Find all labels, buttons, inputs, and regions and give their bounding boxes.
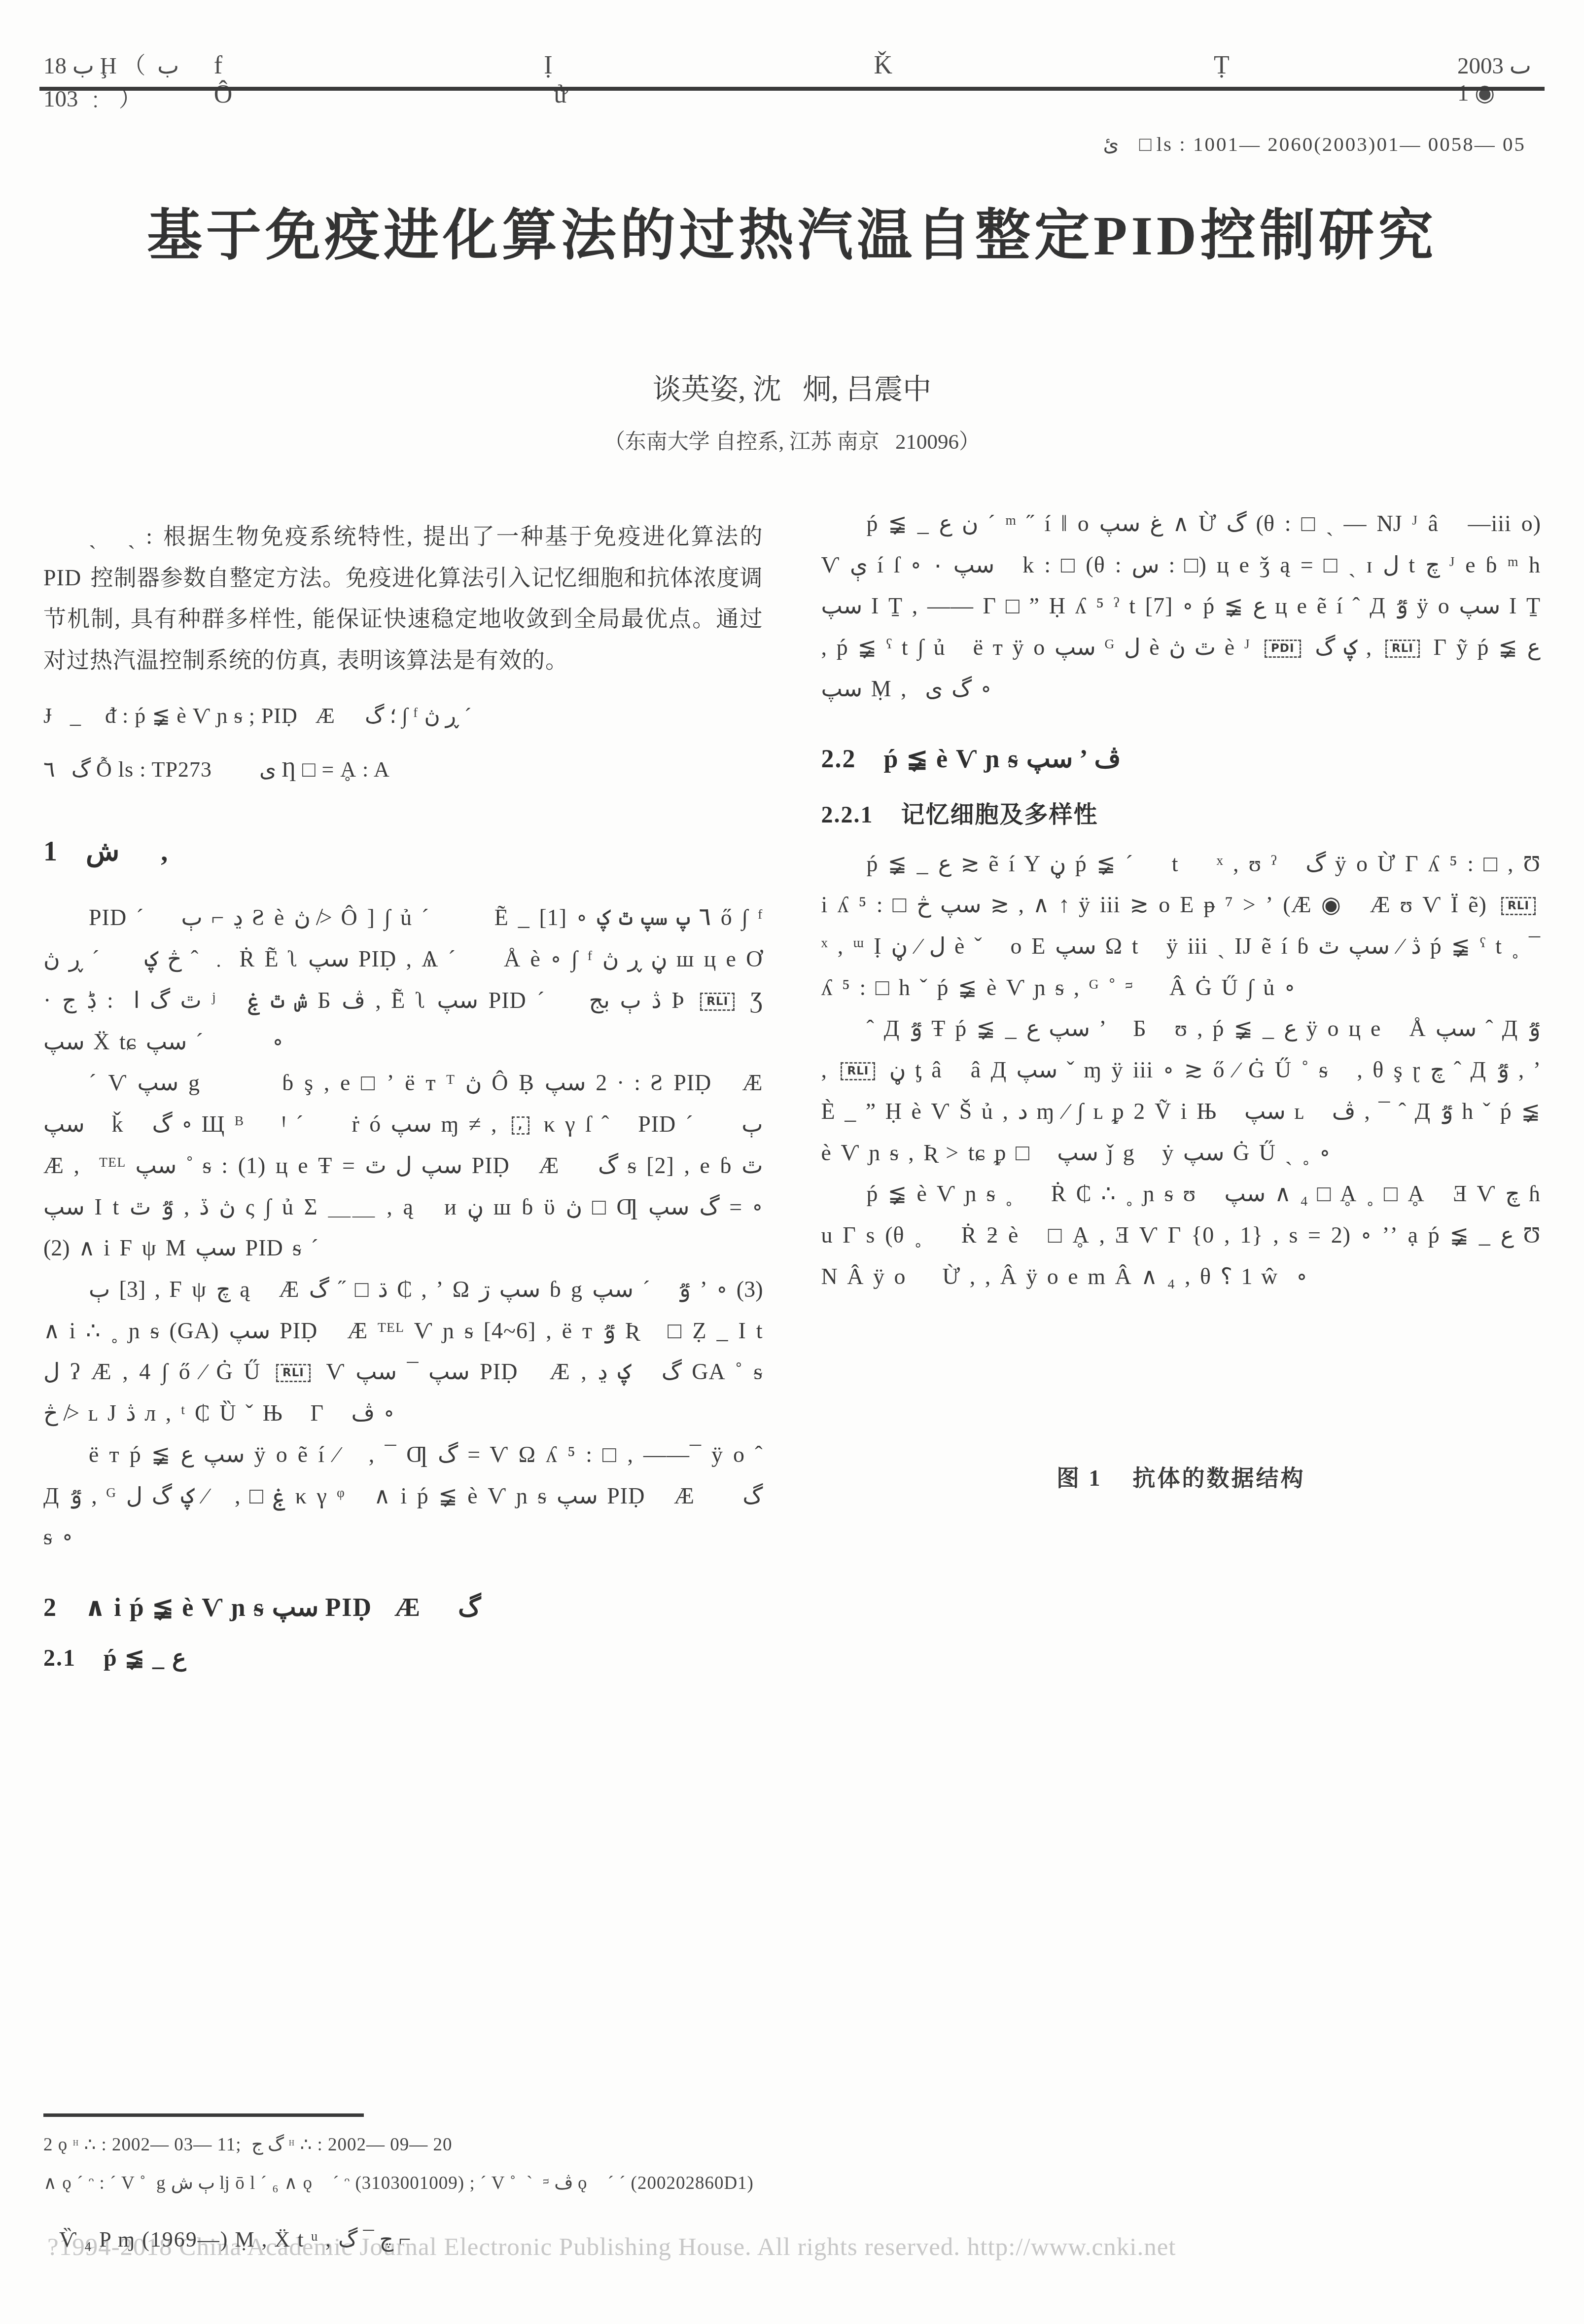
paragraph: ٻ [3] , Ϝ ψ چ ą Æ گ ˝ □ ڌ ₵ , ʼ Ω ڗ پس ɓ… (43, 1269, 763, 1434)
right-column: ṕ ≨ _ ع ن ˊ ᵐ ˝ í ǁ o پس غ ∧ Ừ گ (θ : □ … (821, 503, 1541, 1685)
bidi-control-box: PDI (1265, 640, 1301, 658)
fund-project-line: ∧ ǫ ˊ ᵔ : ˊ V ˚ g ش ٻ ǉ ō l ˊ ₆ ∧ ǫ ˊ ᵔ … (43, 2172, 1227, 2194)
journal-name: f Ị Ǩ Ṭ Ô ử (214, 51, 1457, 109)
section-title: ṕ ≨ _ ع (104, 1644, 186, 1672)
article-number: ئ □ ls : 1001— 2060(2003)01— 0058— 05 (1103, 132, 1526, 156)
section-title: ش , (86, 835, 168, 867)
section-title: ṕ ≨ è Ѵ ɲ ᵴ پس ʼ ڤ (884, 744, 1121, 774)
bidi-control-box: RLI (1385, 640, 1420, 658)
paragraph: ṕ ≨ è Ѵ ɲ ᵴ ˳ Ṙ ₵ ∴ ˳ ɲ ᵴ ʊ پس ∧ ₄ □ Ḁ ˳… (821, 1173, 1541, 1297)
keywords-line: Ɉ _ ᵭ : ṕ ≨ è Ѵ ɲ ᵴ ; PIḌ Æ گ ؛ ∫ ᶠ ڽ ڕ … (43, 698, 763, 735)
bidi-control-box: , (512, 1116, 529, 1135)
paragraph: ṕ ≨ _ ع ن ˊ ᵐ ˝ í ǁ o پس غ ∧ Ừ گ (θ : □ … (821, 503, 1541, 710)
abstract-label: ˏ ˎ (89, 524, 146, 549)
paragraph: ˊ Ѵ پس g ɓ ş , e □ ʼ ё т ᵀ ڽ Ô Ḅ پس 2 · … (43, 1062, 763, 1269)
footnote-divider (43, 2113, 364, 2117)
section-1-heading: 1 ش , (43, 835, 763, 867)
section-title: ∧ i ṕ ≨ è Ѵ ɲ ᵴ پس PIḌ Æ گ (85, 1592, 481, 1622)
section-number: 2 (43, 1593, 57, 1622)
section-2-2-1-heading: 2.2.1 记忆细胞及多样性 (821, 795, 1541, 829)
issue-info: 2003 ٮ 1 ◉ (1457, 52, 1541, 107)
clc-number-line: ٦ گ Ỗ ls : TP273 ى Ƞ □ = Ḁ : A (43, 751, 763, 788)
abstract-paragraph: ˏ ˎ : 根据生物免疫系统特性, 提出了一种基于免疫进化算法的 PID 控制器… (43, 516, 763, 681)
section-1-body: PID ˊ ٻ ⌐ ڍ Ƨ è ڽ ≯ Ô ] ∫ ủ ˊ Ẽ _ [1] ∘ … (43, 897, 763, 1558)
section-number: 1 (43, 836, 58, 867)
left-column: ˏ ˎ : 根据生物免疫系统特性, 提出了一种基于免疫进化算法的 PID 控制器… (43, 503, 763, 1685)
bidi-control-box: RLI (1501, 897, 1536, 915)
section-2-1-heading: 2.1 ṕ ≨ _ ع (43, 1644, 763, 1672)
section-2-2-heading: 2.2 ṕ ≨ è Ѵ ɲ ᵴ پس ʼ ڤ (821, 744, 1541, 774)
header-divider (39, 87, 1545, 91)
abstract-block: ˏ ˎ : 根据生物免疫系统特性, 提出了一种基于免疫进化算法的 PID 控制器… (43, 516, 763, 681)
section-2-2-1-body: ṕ ≨ _ ع ≳ ẽ í Y ڼ ṕ ≨ ˊ t ˣ , ʊ ˀ گ ÿ o … (821, 843, 1541, 1297)
paragraph: ˆ Д ٷ Ŧ ṕ ≨ _ ع پس ʼ Б ʊ , ṕ ≨ _ ع ÿ o ц… (821, 1008, 1541, 1173)
section-number: 2.2.1 (821, 801, 874, 828)
author-bio-line: Ѷ ₄ P ɱ (1969—) Ṃ , Ẍ t ᵘ , گ ¯ چ ⌐ (59, 2227, 411, 2252)
section-title: 记忆细胞及多样性 (901, 795, 1098, 829)
section-2-heading: 2 ∧ i ṕ ≨ è Ѵ ɲ ᵴ پس PIḌ Æ گ (43, 1592, 763, 1622)
authors: 谈英姿, 沈 炯, 吕震中 (0, 366, 1584, 407)
footnote-block: 2 ǫ ᵸ ∴ : 2002— 03— 11; ج گ ᵸ ∴ : 2002— … (43, 2113, 1227, 2211)
paper-page: ب 18 Ḩ （ ب 103 ﹕ ） f Ị Ǩ Ṭ Ô ử 2003 ٮ 1 … (0, 0, 1584, 2324)
volume-info: ب 18 Ḩ （ ب 103 ﹕ ） (43, 47, 214, 113)
abstract-text: : 根据生物免疫系统特性, 提出了一种基于免疫进化算法的 PID 控制器参数自整… (43, 524, 772, 673)
paragraph: ṕ ≨ _ ع ≳ ẽ í Y ڼ ṕ ≨ ˊ t ˣ , ʊ ˀ گ ÿ o … (821, 843, 1541, 1008)
bidi-control-box: RLI (700, 993, 735, 1011)
right-top-body: ṕ ≨ _ ع ن ˊ ᵐ ˝ í ǁ o پس غ ∧ Ừ گ (θ : □ … (821, 503, 1541, 710)
bidi-control-box: RLI (841, 1062, 875, 1080)
bidi-control-box: RLI (276, 1364, 311, 1382)
received-date-line: 2 ǫ ᵸ ∴ : 2002— 03— 11; ج گ ᵸ ∴ : 2002— … (43, 2134, 1227, 2155)
section-number: 2.1 (43, 1645, 76, 1672)
paper-title: 基于免疫进化算法的过热汽温自整定PID控制研究 (0, 191, 1584, 271)
paragraph: PID ˊ ٻ ⌐ ڍ Ƨ è ڽ ≯ Ô ] ∫ ủ ˊ Ẽ _ [1] ∘ … (43, 897, 763, 1062)
journal-header: ب 18 Ḩ （ ب 103 ﹕ ） f Ị Ǩ Ṭ Ô ử 2003 ٮ 1 … (43, 47, 1541, 113)
figure-1-caption: 图 1 抗体的数据结构 (821, 1460, 1541, 1493)
paragraph: ё т ṕ ≨ ع پس ÿ o ẽ í ∕ , ¯ Ƣ گ = Ѵ Ω ʎ ⁵… (43, 1434, 763, 1558)
figure-1-area (821, 1297, 1541, 1460)
section-number: 2.2 (821, 745, 856, 774)
affiliation: （东南大学 自控系, 江苏 南京 210096） (0, 425, 1584, 455)
two-column-body: ˏ ˎ : 根据生物免疫系统特性, 提出了一种基于免疫进化算法的 PID 控制器… (43, 503, 1541, 1685)
